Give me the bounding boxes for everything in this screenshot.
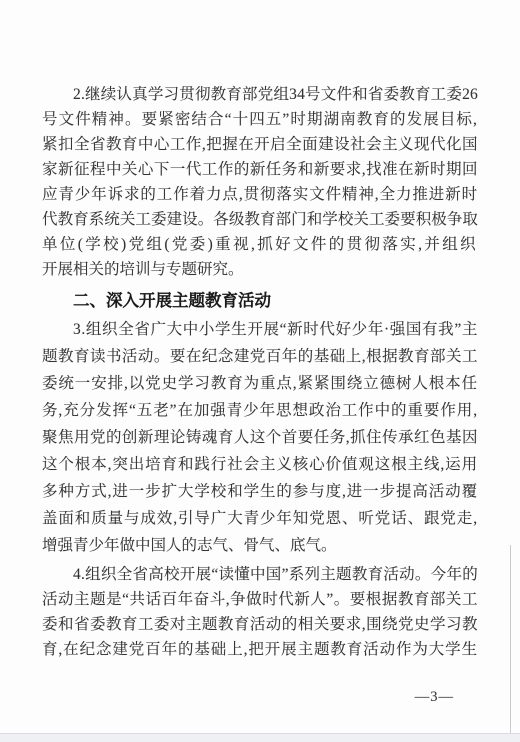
scan-edge-vertical-line [510,545,511,734]
text-line: 委和省委教育工委对主题教育活动的相关要求,围绕党史学习教 [42,612,478,637]
text-line: 3.组织全省广大中小学生开展“新时代好少年·强国有我”主 [42,316,478,343]
scan-edge-bottom-band [0,733,520,742]
text-line: 增强青少年做中国人的志气、骨气、底气。 [42,532,478,559]
text-line: 号文件精神。要紧密结合“十四五”时期湖南教育的发展目标, [42,107,478,132]
paragraph: 3.组织全省广大中小学生开展“新时代好少年·强国有我”主题教育读书活动。要在纪念… [42,316,478,559]
text-line: 开展相关的培训与专题研究。 [42,257,478,282]
text-line: 家新征程中关心下一代工作的新任务和新要求,找准在新时期回 [42,157,478,182]
text-line: 委统一安排,以党史学习教育为重点,紧紧围绕立德树人根本任 [42,370,478,397]
page-number: —3— [415,687,454,707]
document-body: 2.继续认真学习贯彻教育部党组34号文件和省委教育工委26号文件精神。要紧密结合… [42,82,478,662]
text-line: 这个根本,突出培育和践行社会主义核心价值观这根主线,运用 [42,451,478,478]
text-line: 应青少年诉求的工作着力点,贯彻落实文件精神,全力推进新时 [42,182,478,207]
text-line: 2.继续认真学习贯彻教育部党组34号文件和省委教育工委26 [42,82,478,107]
text-line: 单位(学校)党组(党委)重视,抓好文件的贯彻落实,并组织 [42,232,478,257]
text-line: 育,在纪念建党百年的基础上,把开展主题教育活动作为大学生 [42,637,478,662]
paragraph: 2.继续认真学习贯彻教育部党组34号文件和省委教育工委26号文件精神。要紧密结合… [42,82,478,282]
text-line: 盖面和质量与成效,引导广大青少年知党恩、听党话、跟党走, [42,505,478,532]
text-line: 多种方式,进一步扩大学校和学生的参与度,进一步提高活动覆 [42,478,478,505]
paragraph: 4.组织全省高校开展“读懂中国”系列主题教育活动。今年的活动主题是“共话百年奋斗… [42,562,478,662]
text-line: 活动主题是“共话百年奋斗,争做时代新人”。要根据教育部关工 [42,587,478,612]
section-heading: 二、深入开展主题教育活动 [42,289,478,314]
text-line: 代教育系统关工委建设。各级教育部门和学校关工委要积极争取 [42,207,478,232]
text-line: 题教育读书活动。要在纪念建党百年的基础上,根据教育部关工 [42,343,478,370]
text-line: 4.组织全省高校开展“读懂中国”系列主题教育活动。今年的 [42,562,478,587]
document-page: 2.继续认真学习贯彻教育部党组34号文件和省委教育工委26号文件精神。要紧密结合… [0,0,520,742]
text-line: 紧扣全省教育中心工作,把握在开启全面建设社会主义现代化国 [42,132,478,157]
text-line: 务,充分发挥“五老”在加强青少年思想政治工作中的重要作用, [42,397,478,424]
text-line: 聚焦用党的创新理论铸魂育人这个首要任务,抓住传承红色基因 [42,424,478,451]
